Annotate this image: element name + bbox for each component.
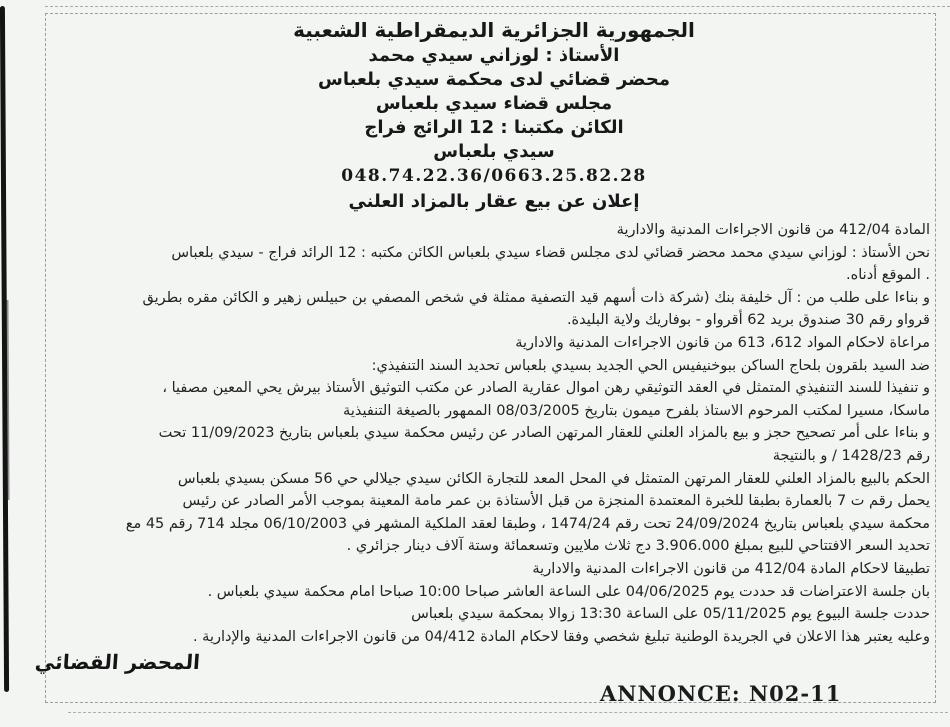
- body-line: ماسكا، مسيرا لمكتب المرحوم الاستاذ بلفرح…: [58, 400, 930, 423]
- frame-bottom-dashed-line: [68, 712, 948, 713]
- body-line: و بناءا على طلب من : آل خليفة بنك (شركة …: [58, 287, 930, 310]
- body-line: يحمل رقم ت 7 بالعمارة بطبقا للخبرة المعت…: [58, 490, 930, 513]
- body-line: الحكم بالبيع بالمزاد العلني للعقار المرت…: [58, 468, 930, 491]
- body-line: قرواو رقم 30 صندوق بريد 62 أقرواو - بوفا…: [58, 309, 930, 332]
- annonce-reference: ANNONCE: N02-11: [600, 681, 841, 706]
- body-line: وعليه يعتبر هذا الاعلان في الجريدة الوطن…: [58, 626, 930, 649]
- body-line: تطبيقا لاحكام المادة 412/04 من قانون الا…: [58, 558, 930, 581]
- notice-body: المادة 412/04 من قانون الاجراءات المدنية…: [58, 219, 930, 648]
- header-phone-number: 048.74.22.36/0663.25.82.28: [58, 164, 930, 188]
- body-line: و تنفيذا للسند التنفيذي المتمثل في العقد…: [58, 377, 930, 400]
- header-officer-name: الأستاذ : لوزاني سيدي محمد: [58, 44, 930, 68]
- header-city: سيدي بلعباس: [58, 140, 930, 164]
- document-header: الجمهورية الجزائرية الديمقراطية الشعبية …: [58, 16, 930, 214]
- body-line: رقم 1428/23 / و بالنتيجة: [58, 445, 930, 468]
- body-line: ضد السيد بلقرون بلحاج الساكن ببوخنيفيس ا…: [58, 355, 930, 378]
- body-line: حددت جلسة البيوع يوم 05/11/2025 على السا…: [58, 603, 930, 626]
- body-line: محكمة سيدي بلعباس بتاريخ 24/09/2024 تحت …: [58, 513, 930, 536]
- notice-title: إعلان عن بيع عقار بالمزاد العلني: [58, 189, 930, 214]
- body-line: و بناءا على أمر تصحيح حجز و بيع بالمزاد …: [58, 422, 930, 445]
- document-content: الجمهورية الجزائرية الديمقراطية الشعبية …: [58, 16, 930, 648]
- body-line: المادة 412/04 من قانون الاجراءات المدنية…: [58, 219, 930, 242]
- bailiff-signature-label: المحضر القضائي: [34, 650, 201, 674]
- body-line: . الموقع أدناه.: [58, 264, 930, 287]
- body-line: تحديد السعر الافتتاحي للبيع بمبلغ 3.906.…: [58, 535, 930, 558]
- body-line: نحن الأستاذ : لوزاني سيدي محمد محضر قضائ…: [58, 242, 930, 265]
- body-line: بان جلسة الاعتراضات قد حددت يوم 04/06/20…: [58, 581, 930, 604]
- header-office-address: الكائن مكتبنا : 12 الرائج فراج: [58, 116, 930, 140]
- scanned-legal-notice-page: الجمهورية الجزائرية الديمقراطية الشعبية …: [0, 0, 950, 727]
- scan-edge-artifact-secondary: [6, 300, 9, 500]
- body-line: مراعاة لاحكام المواد 612، 613 من قانون ا…: [58, 332, 930, 355]
- header-republic: الجمهورية الجزائرية الديمقراطية الشعبية: [58, 16, 930, 44]
- header-council: مجلس قضاء سيدي بلعباس: [58, 92, 930, 116]
- frame-top-dashed-line: [45, 6, 950, 7]
- header-officer-role: محضر قضائي لدى محكمة سيدي بلعباس: [58, 68, 930, 92]
